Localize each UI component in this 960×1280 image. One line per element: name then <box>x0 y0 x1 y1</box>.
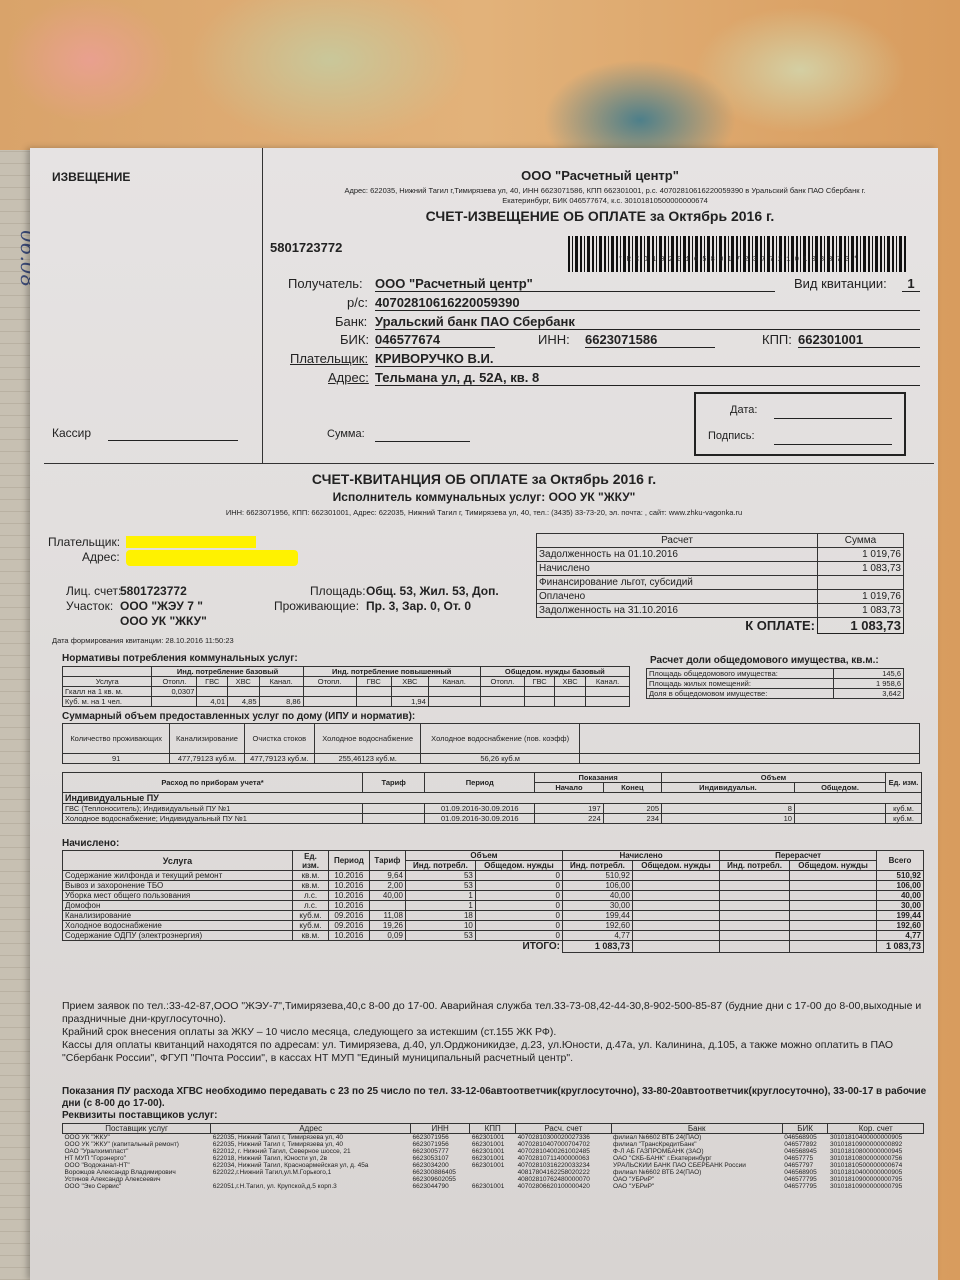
table-cell: ООО "Эко Сервис" <box>63 1183 211 1190</box>
table-header-cell: Поставщик услуг <box>63 1124 211 1134</box>
table-cell <box>554 697 585 707</box>
receipt-type-value: 1 <box>902 276 920 292</box>
receipt-address-label: Адрес: <box>82 550 120 564</box>
formed-date: Дата формирования квитанции: 28.10.2016 … <box>52 636 234 645</box>
table-cell: 0 <box>475 891 562 901</box>
share-table: Площадь общедомового имущества:145,6Площ… <box>646 668 904 699</box>
section-label: Участок: <box>66 599 113 613</box>
receipt-payer-label: Плательщик: <box>48 535 120 549</box>
table-header-cell: Период <box>425 773 535 793</box>
table-cell: 1 019,76 <box>818 590 904 604</box>
table-cell: 30101810400000000905 <box>828 1134 924 1142</box>
table-cell: 6623034200 <box>411 1162 470 1169</box>
suppliers-table: Поставщик услугАдресИННКППРасч. счетБанк… <box>62 1123 924 1190</box>
payment-calc-table: РасчетСуммаЗадолженность на 01.10.20161 … <box>536 533 904 634</box>
table-cell: 046568945 <box>782 1148 828 1155</box>
table-cell: 3,642 <box>834 689 904 699</box>
table-cell: 40702810711400000063 <box>516 1155 611 1162</box>
table-cell: 510,92 <box>563 871 633 881</box>
table-header-cell: Период <box>329 851 370 871</box>
account-label: Лиц. счет: <box>66 584 121 598</box>
table-cell: ГВС (Теплоноситель); Индивидуальный ПУ №… <box>63 804 363 814</box>
table-header-cell: ХВС <box>554 677 585 687</box>
table-row: Ворожцов Александр Владимирович622022,г.… <box>63 1169 924 1176</box>
table-header-cell: Услуга <box>63 851 293 871</box>
table-row: ООО "Эко Сервис"622051,г.Н.Тагил, ул. Кр… <box>63 1183 924 1190</box>
table-cell: 199,44 <box>877 911 924 921</box>
table-header-cell: Сумма <box>818 534 904 548</box>
table-cell: 622035, Нижний Тагил г, Тимирязева ул, 4… <box>211 1141 411 1148</box>
table-header-cell: Количество проживающих <box>63 724 170 754</box>
table-cell: 510,92 <box>877 871 924 881</box>
table-cell: 622051,г.Н.Тагил, ул. Крупской,д.5 корп.… <box>211 1183 411 1190</box>
table-cell <box>554 687 585 697</box>
table-cell <box>720 921 790 931</box>
header-row: Расход по приборам учета*ТарифПериодПока… <box>63 773 922 783</box>
table-cell <box>720 931 790 941</box>
table-cell: 106,00 <box>877 881 924 891</box>
table-header-cell: Банк <box>611 1124 782 1134</box>
table-cell <box>580 754 920 764</box>
address-label: Адрес: <box>328 370 369 385</box>
table-cell: л.с. <box>293 901 329 911</box>
table-cell <box>428 687 480 697</box>
table-cell: 046577795 <box>782 1176 828 1183</box>
table-cell <box>428 697 480 707</box>
table-header-cell: Адрес <box>211 1124 411 1134</box>
table-cell: Холодное водоснабжение; Индивидуальный П… <box>63 814 363 824</box>
table-row: Гкалл на 1 кв. м.0,0307 <box>63 687 630 697</box>
table-cell: 0 <box>475 931 562 941</box>
table-cell <box>197 687 228 697</box>
table-cell: 0 <box>475 901 562 911</box>
table-header-cell: Общедом. нужды базовый <box>480 667 629 677</box>
table-header-cell: Тариф <box>363 773 425 793</box>
table-cell: 6623071956 <box>411 1134 470 1142</box>
table-cell <box>363 814 425 824</box>
notice-label: ИЗВЕЩЕНИЕ <box>52 170 130 184</box>
bik-label: БИК: <box>340 332 369 347</box>
table-header-cell: Канализирование <box>170 724 244 754</box>
table-cell: 662301001 <box>470 1162 516 1169</box>
bank-value: Уральский банк ПАО Сбербанк <box>375 314 920 330</box>
table-cell <box>794 804 885 814</box>
table-cell: 01.09.2016-30.09.2016 <box>425 804 535 814</box>
table-cell: 10.2016 <box>329 881 370 891</box>
table-row: ООО УК "ЖКУ"622035, Нижний Тагил г, Тими… <box>63 1134 924 1142</box>
org-details-1: Адрес: 622035, Нижний Тагил г,Тимирязева… <box>270 186 940 195</box>
table-cell: 30101810900000000795 <box>828 1183 924 1190</box>
table-cell: 40,00 <box>877 891 924 901</box>
table-cell: 1,94 <box>391 697 428 707</box>
table-cell: 10.2016 <box>329 891 370 901</box>
table-cell: 10 <box>662 814 795 824</box>
table-cell: ОАО "УБРиР" <box>611 1183 782 1190</box>
table-header-cell: Расч. счет <box>516 1124 611 1134</box>
table-cell: 53 <box>405 931 475 941</box>
table-cell <box>632 911 719 921</box>
barcode <box>568 236 908 272</box>
table-cell: 4,77 <box>877 931 924 941</box>
table-cell <box>720 881 790 891</box>
table-cell <box>789 891 876 901</box>
table-cell: Оплачено <box>537 590 818 604</box>
table-header-cell: Расход по приборам учета* <box>63 773 363 793</box>
table-cell: 09.2016 <box>329 921 370 931</box>
table-header-cell: Всего <box>877 851 924 871</box>
table-cell: 1 <box>405 901 475 911</box>
table-cell: 56,26 куб.м <box>421 754 580 764</box>
table-header-cell: ХВС <box>391 677 428 687</box>
table-cell: 40702810400261002485 <box>516 1148 611 1155</box>
table-cell <box>356 687 391 697</box>
table-cell: кв.м. <box>293 931 329 941</box>
table-cell <box>632 871 719 881</box>
table-cell: Устинов Александр Алексеевич <box>63 1176 211 1183</box>
table-cell <box>789 871 876 881</box>
table-cell: 04657775 <box>782 1155 828 1162</box>
table-cell: 1 083,73 <box>818 604 904 618</box>
table-row: Домофонл.с.10.20161030,0030,00 <box>63 901 924 911</box>
table-cell: 224 <box>535 814 603 824</box>
table-cell: Содержание ОДПУ (электроэнергия) <box>63 931 293 941</box>
table-cell: 0,0307 <box>152 687 197 697</box>
table-cell: 662301001 <box>470 1134 516 1142</box>
table-cell: 91 <box>63 754 170 764</box>
table-header-cell: Услуга <box>63 677 152 687</box>
table-header-cell: Показания <box>535 773 662 783</box>
org-details-2: Екатеринбург, БИК 046577674, к.с. 301018… <box>270 196 940 205</box>
table-header-cell: Тариф <box>369 851 405 871</box>
table-cell: 53 <box>405 871 475 881</box>
table-row: ОАО "Уралхимпласт"622012, г. Нижний Таги… <box>63 1148 924 1155</box>
signature-label: Подпись: <box>708 430 755 442</box>
address-value: Тельмана ул, д. 52А, кв. 8 <box>375 370 920 386</box>
table-cell: 106,00 <box>563 881 633 891</box>
table-cell: 1 083,73 <box>877 941 924 953</box>
table-cell <box>470 1176 516 1183</box>
cashier-label: Кассир <box>52 426 91 440</box>
table-cell: 04657797 <box>782 1162 828 1169</box>
table-cell: 662309602055 <box>411 1176 470 1183</box>
table-row: Содержание жилфонда и текущий ремонткв.м… <box>63 871 924 881</box>
table-cell: 199,44 <box>563 911 633 921</box>
table-header-cell: Очистка стоков <box>244 724 314 754</box>
table-header-cell: Кор. счет <box>828 1124 924 1134</box>
table-cell: 046568905 <box>782 1134 828 1142</box>
to-pay-row: К ОПЛАТЕ:1 083,73 <box>537 618 904 634</box>
table-cell: Домофон <box>63 901 293 911</box>
sub-header-row: УслугаОтопл.ГВСХВСКанал.Отопл.ГВСХВСКана… <box>63 677 630 687</box>
table-cell: 477,79123 куб.м. <box>170 754 244 764</box>
charges-title: Начислено: <box>62 838 119 849</box>
date-signature-box: Дата: Подпись: <box>694 392 906 456</box>
table-cell: 30101810900000000892 <box>828 1141 924 1148</box>
table-cell: Вывоз и захоронение ТБО <box>63 881 293 891</box>
table-cell: 30101810400000000905 <box>828 1169 924 1176</box>
table-header-cell: ХВС <box>228 677 259 687</box>
inn-value: 6623071586 <box>585 332 715 348</box>
table-cell: 8 <box>662 804 795 814</box>
table-cell: 40802810762480000070 <box>516 1176 611 1183</box>
table-cell: 30101810900000000795 <box>828 1176 924 1183</box>
table-header-cell: Отопл. <box>152 677 197 687</box>
table-row: Площадь общедомового имущества:145,6 <box>647 669 904 679</box>
table-cell: 046577795 <box>782 1183 828 1190</box>
table-cell: 4,77 <box>563 931 633 941</box>
table-cell: Куб. м. на 1 чел. <box>63 697 152 707</box>
table-header-cell: Начало <box>535 783 603 793</box>
table-cell <box>789 881 876 891</box>
table-cell: 53 <box>405 881 475 891</box>
table-cell: ОАО "УБРиР" <box>611 1176 782 1183</box>
table-cell: 6623071956 <box>411 1141 470 1148</box>
house-volume-table: Количество проживающихКанализированиеОчи… <box>62 723 920 764</box>
recipient-label: Получатель: <box>288 276 363 291</box>
table-cell: 046568905 <box>782 1169 828 1176</box>
rs-value: 40702810616220059390 <box>375 295 920 311</box>
table-cell: 0 <box>475 921 562 931</box>
table-header-cell: Начислено <box>563 851 720 861</box>
table-cell: 10.2016 <box>329 931 370 941</box>
table-cell: 0 <box>475 911 562 921</box>
norms-title: Нормативы потребления коммунальных услуг… <box>62 653 298 664</box>
table-cell: 40702806620100000420 <box>516 1183 611 1190</box>
table-cell <box>369 901 405 911</box>
table-cell: 40817804162258020222 <box>516 1169 611 1176</box>
table-cell: 30,00 <box>877 901 924 911</box>
table-cell <box>720 871 790 881</box>
table-cell <box>720 941 790 953</box>
table-cell <box>632 901 719 911</box>
total-row: ИТОГО:1 083,731 083,73 <box>63 941 924 953</box>
signature-line[interactable] <box>774 444 892 445</box>
table-cell <box>391 687 428 697</box>
table-cell: 40,00 <box>563 891 633 901</box>
table-cell: куб.м. <box>293 911 329 921</box>
table-cell <box>632 931 719 941</box>
table-cell: 622012, г. Нижний Тагил, Северное шоссе,… <box>211 1148 411 1155</box>
table-cell: филиал №6602 ВТБ 24(ПАО) <box>611 1134 782 1142</box>
table-cell: 662301001 <box>470 1148 516 1155</box>
table-row: ООО УК "ЖКУ" (капитальный ремонт)622035,… <box>63 1141 924 1148</box>
table-cell: филиал №6602 ВТБ 24(ПАО) <box>611 1169 782 1176</box>
table-cell: 4,85 <box>228 697 259 707</box>
table-cell: 662300886405 <box>411 1169 470 1176</box>
header-row: Поставщик услугАдресИННКППРасч. счетБанк… <box>63 1124 924 1134</box>
table-cell <box>794 814 885 824</box>
table-header-cell: БИК <box>782 1124 828 1134</box>
table-cell: 1 083,73 <box>563 941 633 953</box>
notice-title: СЧЕТ-ИЗВЕЩЕНИЕ ОБ ОПЛАТЕ за Октябрь 2016… <box>270 208 930 224</box>
table-cell <box>586 697 630 707</box>
area-value: Общ. 53, Жил. 53, Доп. <box>366 584 499 598</box>
table-cell <box>586 687 630 697</box>
note-deadline: Крайний срок внесения оплаты за ЖКУ – 10… <box>62 1026 932 1039</box>
table-header-cell: Канал. <box>586 677 630 687</box>
group-row: Индивидуальные ПУ <box>63 793 922 804</box>
table-header-cell: Холодное водоснабжение (пов. коэфф) <box>421 724 580 754</box>
table-cell: 30,00 <box>563 901 633 911</box>
table-cell: 205 <box>603 804 661 814</box>
section-value-1: ООО "ЖЭУ 7 " <box>120 599 203 613</box>
table-cell: 40,00 <box>369 891 405 901</box>
table-row: Финансирование льгот, субсидий <box>537 576 904 590</box>
table-cell: 255,46123 куб.м. <box>315 754 421 764</box>
table-header-cell: ИНН <box>411 1124 470 1134</box>
table-cell <box>303 697 356 707</box>
table-row: Устинов Александр Алексеевич662309602055… <box>63 1176 924 1183</box>
meter-note: Показания ПУ расхода ХГВС необходимо пер… <box>62 1086 932 1110</box>
table-cell: Задолженность на 01.10.2016 <box>537 548 818 562</box>
org-name: ООО "Расчетный центр" <box>270 168 930 183</box>
table-cell: кв.м. <box>293 871 329 881</box>
table-cell: 622018, Нижний Тагил, Юности ул, 2в <box>211 1155 411 1162</box>
table-cell: 40702810407000704702 <box>516 1141 611 1148</box>
table-cell <box>720 891 790 901</box>
table-cell: 40702810316220033234 <box>516 1162 611 1169</box>
table-cell: ИТОГО: <box>63 941 563 953</box>
table-cell <box>632 921 719 931</box>
table-cell: 1 019,76 <box>818 548 904 562</box>
kpp-label: КПП: <box>762 332 792 347</box>
table-cell: Начислено <box>537 562 818 576</box>
notice-account-number: 5801723772 <box>270 240 342 255</box>
table-cell: 0,09 <box>369 931 405 941</box>
table-cell <box>632 881 719 891</box>
table-header-cell: Инд. потребление повышенный <box>303 667 480 677</box>
table-header-cell: Общедом. нужды <box>475 861 562 871</box>
charges-table: УслугаЕд. изм.ПериодТарифОбъемНачисленоП… <box>62 850 924 953</box>
table-header-cell <box>63 667 152 677</box>
table-cell: Площадь жилых помещений: <box>647 679 834 689</box>
address-redaction <box>126 550 298 566</box>
table-row: Задолженность на 01.10.20161 019,76 <box>537 548 904 562</box>
house-volume-title: Суммарный объем предоставленных услуг по… <box>62 711 415 722</box>
table-cell: НТ МУП "Горэнерго" <box>63 1155 211 1162</box>
table-cell <box>525 697 555 707</box>
table-cell: куб.м. <box>293 921 329 931</box>
table-cell: Финансирование льгот, субсидий <box>537 576 818 590</box>
bank-label: Банк: <box>335 314 367 329</box>
table-header-cell: Объем <box>662 773 886 783</box>
table-cell <box>363 804 425 814</box>
table-cell: 4,01 <box>197 697 228 707</box>
note-contacts: Прием заявок по тел.:33-42-87,ООО "ЖЭУ-7… <box>62 1000 932 1026</box>
table-cell <box>211 1176 411 1183</box>
table-cell: 11,08 <box>369 911 405 921</box>
table-cell: УРАЛЬСКИЙ БАНК ПАО СБЕРБАНК России <box>611 1162 782 1169</box>
table-cell <box>470 1169 516 1176</box>
table-cell: 30101810800000000756 <box>828 1155 924 1162</box>
table-cell: 662301001 <box>470 1141 516 1148</box>
table-cell: 30101810500000000674 <box>828 1162 924 1169</box>
account-value: 5801723772 <box>120 584 187 598</box>
table-cell <box>818 576 904 590</box>
table-header-cell: Расчет <box>537 534 818 548</box>
date-label: Дата: <box>730 404 757 416</box>
table-cell: Холодное водоснабжение <box>63 921 293 931</box>
table-cell: 477,79123 куб.м. <box>244 754 314 764</box>
utility-bill-paper: ИЗВЕЩЕНИЕ Кассир ООО "Расчетный центр" А… <box>30 148 938 1280</box>
cut-line <box>44 463 934 464</box>
table-row: Холодное водоснабжениекуб.м.09.201619,26… <box>63 921 924 931</box>
receipt-type-label: Вид квитанции: <box>794 276 887 291</box>
table-header-cell: Объем <box>405 851 562 861</box>
to-pay-value: 1 083,73 <box>818 618 904 634</box>
table-cell: 19,26 <box>369 921 405 931</box>
table-cell <box>720 911 790 921</box>
table-row: Канализированиекуб.м.09.201611,08180199,… <box>63 911 924 921</box>
table-cell: куб.м. <box>886 814 922 824</box>
table-cell: 18 <box>405 911 475 921</box>
table-cell <box>228 687 259 697</box>
table-row: ГВС (Теплоноситель); Индивидуальный ПУ №… <box>63 804 922 814</box>
table-cell: 10.2016 <box>329 901 370 911</box>
table-cell: ООО УК "ЖКУ" <box>63 1134 211 1142</box>
table-row: Доля в общедомовом имуществе:3,642 <box>647 689 904 699</box>
payer-redaction <box>126 536 256 548</box>
table-header-cell: Инд. потребл. <box>405 861 475 871</box>
kpp-value: 662301001 <box>798 332 920 348</box>
rs-label: р/с: <box>347 295 368 310</box>
table-cell <box>789 941 876 953</box>
table-row: 91477,79123 куб.м.477,79123 куб.м.255,46… <box>63 754 920 764</box>
header-row: Количество проживающихКанализированиеОчи… <box>63 724 920 754</box>
table-cell <box>152 697 197 707</box>
table-header-cell: Отопл. <box>303 677 356 687</box>
table-header-cell <box>580 724 920 754</box>
notes: Прием заявок по тел.:33-42-87,ООО "ЖЭУ-7… <box>62 1000 932 1065</box>
table-cell: Индивидуальные ПУ <box>63 793 922 804</box>
table-cell: Ворожцов Александр Владимирович <box>63 1169 211 1176</box>
cashier-signature-line <box>108 440 238 441</box>
payer-label: Плательщик: <box>290 351 368 366</box>
table-row: Содержание ОДПУ (электроэнергия)кв.м.10.… <box>63 931 924 941</box>
table-cell <box>789 911 876 921</box>
table-cell <box>525 687 555 697</box>
inn-label: ИНН: <box>538 332 570 347</box>
table-cell <box>303 687 356 697</box>
table-row: Уборка мест общего пользованиял.с.10.201… <box>63 891 924 901</box>
note-cashdesks: Кассы для оплаты квитанций находятся по … <box>62 1039 932 1065</box>
meters-table: Расход по приборам учета*ТарифПериодПока… <box>62 772 922 824</box>
table-cell: 8,86 <box>259 697 303 707</box>
table-cell: Площадь общедомового имущества: <box>647 669 834 679</box>
table-cell: Ф-Л АБ ГАЗПРОМБАНК (ЗАО) <box>611 1148 782 1155</box>
table-cell: Задолженность на 31.10.2016 <box>537 604 818 618</box>
table-cell: 192,60 <box>877 921 924 931</box>
table-header-cell: Ед. изм. <box>293 851 329 871</box>
executor: Исполнитель коммунальных услуг: ООО УК "… <box>30 490 938 504</box>
table-header-cell: ГВС <box>525 677 555 687</box>
table-cell: 01.09.2016-30.09.2016 <box>425 814 535 824</box>
table-row: Начислено1 083,73 <box>537 562 904 576</box>
table-cell: 10 <box>405 921 475 931</box>
table-header-cell: ГВС <box>197 677 228 687</box>
notice-divider <box>262 148 263 463</box>
group-header-row: Инд. потребление базовыйИнд. потребление… <box>63 667 630 677</box>
payer-value: КРИВОРУЧКО В.И. <box>375 351 920 367</box>
table-cell: 09.2016 <box>329 911 370 921</box>
table-header-cell: Инд. потребл. <box>720 861 790 871</box>
sum-line[interactable] <box>375 441 470 442</box>
table-row: Вывоз и захоронение ТБОкв.м.10.20162,005… <box>63 881 924 891</box>
date-line[interactable] <box>774 418 892 419</box>
table-cell: 622034, Нижний Тагил, Красноармейская ул… <box>211 1162 411 1169</box>
table-cell: ОАО "СКБ-БАНК" г.Екатеринбург <box>611 1155 782 1162</box>
table-cell: л.с. <box>293 891 329 901</box>
